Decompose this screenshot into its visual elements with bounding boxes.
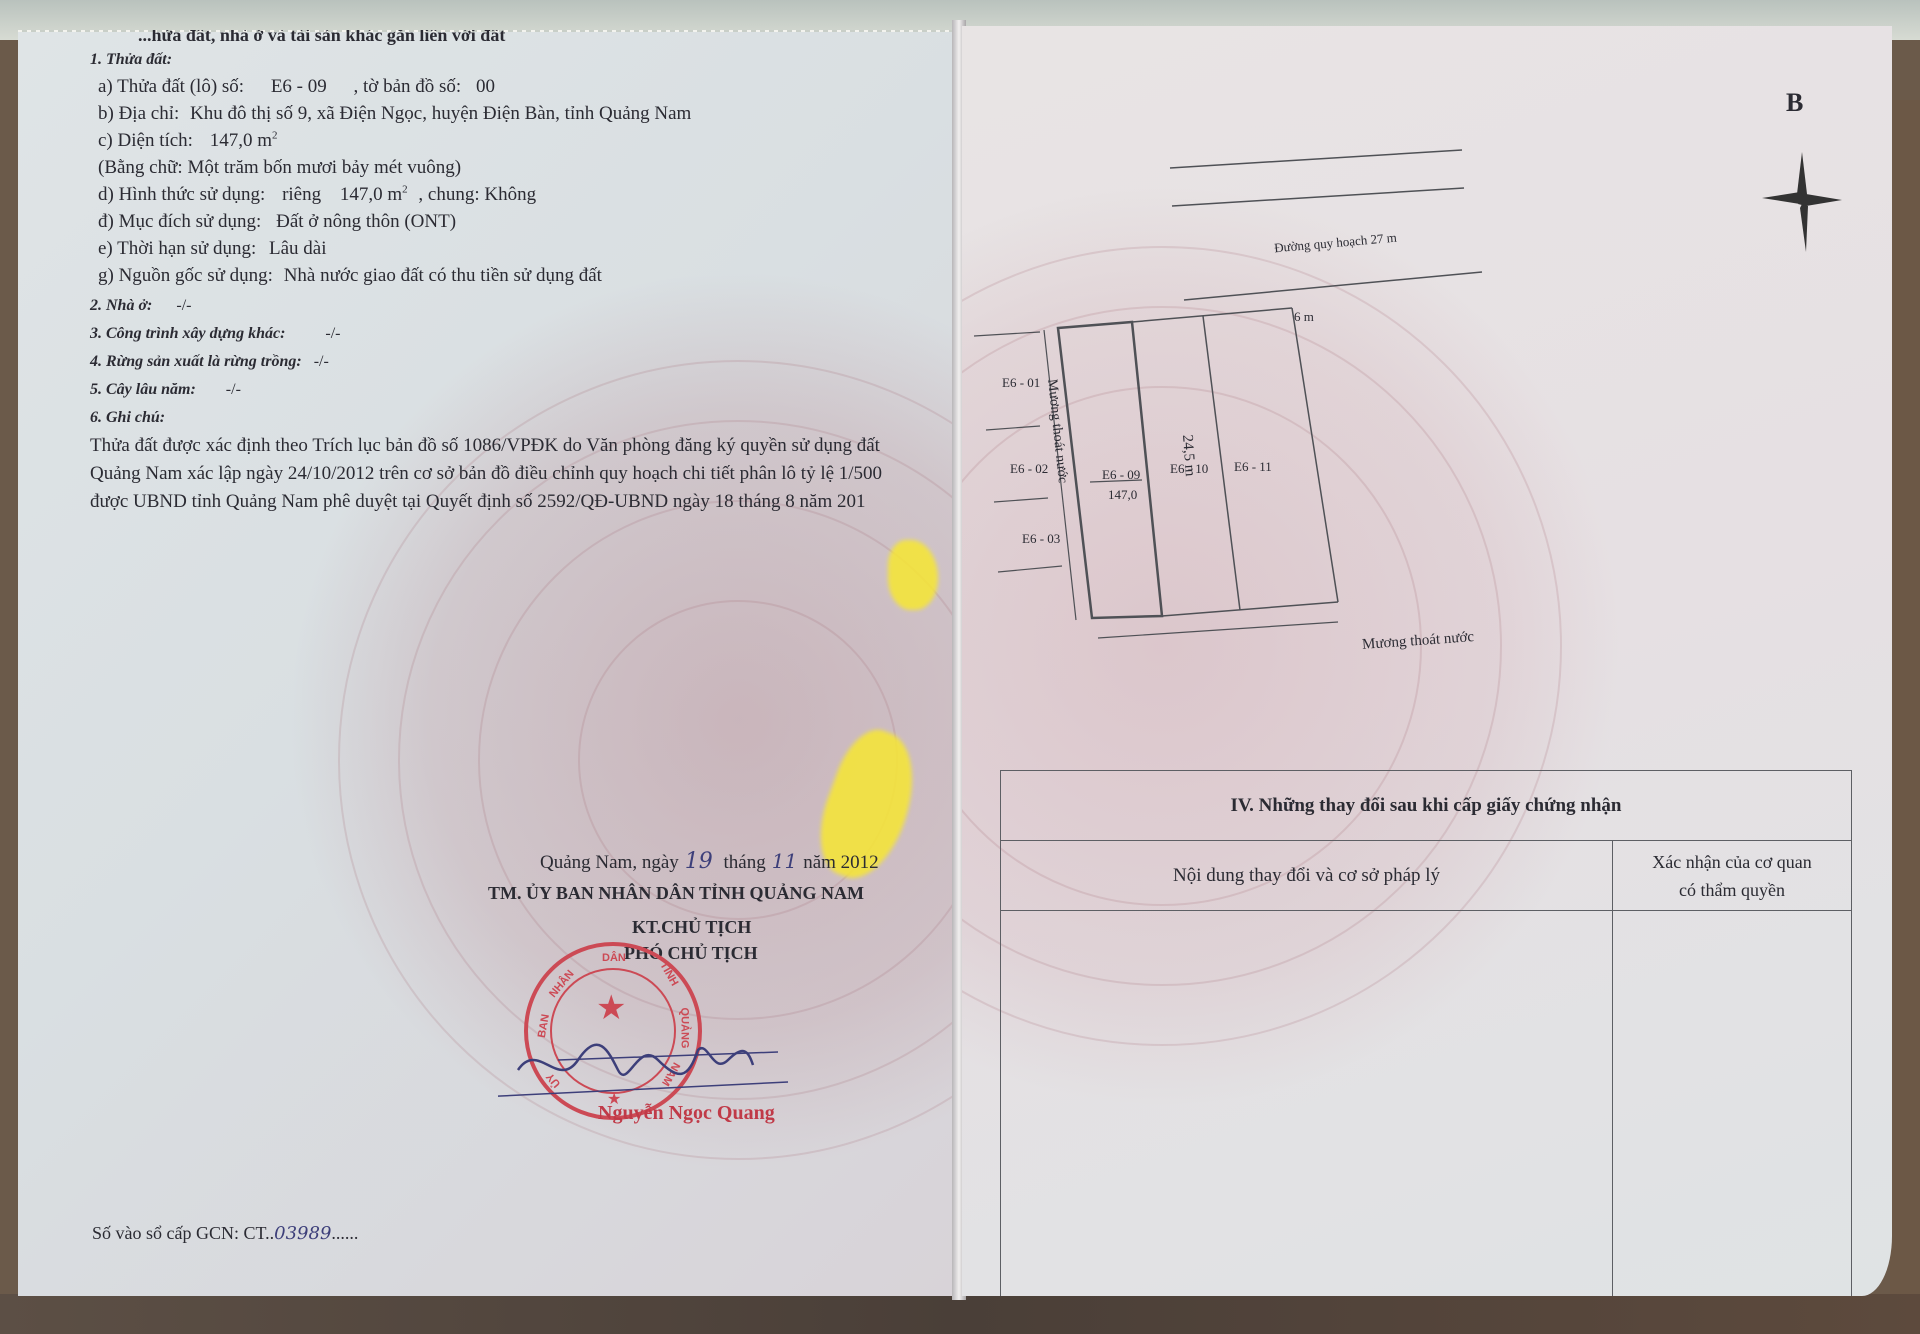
area-in-words: (Bằng chữ: Một trăm bốn mươi bảy mét vuô… xyxy=(98,157,461,179)
background-table-edge xyxy=(1890,100,1920,1334)
house-value: -/- xyxy=(176,297,191,314)
map-sheet-label: , tờ bản đồ số: xyxy=(354,76,462,97)
house-row: 2. Nhà ở: -/- xyxy=(90,295,191,317)
house-label: 2. Nhà ở: xyxy=(90,297,152,314)
stamp-text-right: TỈNH xyxy=(657,960,680,988)
usage-private-label: riêng xyxy=(282,184,321,205)
changes-table-title: IV. Những thay đổi sau khi cấp giấy chứn… xyxy=(1001,771,1851,841)
parcel-number-row: a) Thửa đất (lô) số: E6 - 09 , tờ bản đồ… xyxy=(98,76,495,98)
width-label: 6 m xyxy=(1294,306,1314,328)
map-sheet-value: 00 xyxy=(476,76,495,97)
land-parcel-heading: 1. Thửa đất: xyxy=(90,49,172,71)
issue-month: 11 xyxy=(772,849,797,873)
usage-purpose-row: đ) Mục đích sử dụng: Đất ở nông thôn (ON… xyxy=(98,211,456,233)
forest-label: 4. Rừng sản xuất là rừng trồng: xyxy=(90,353,302,370)
north-label: B xyxy=(1786,92,1803,114)
other-works-row: 3. Công trình xây dựng khác: -/- xyxy=(90,323,341,345)
certificate-right-page: B Đường quy hoạch 27 m 6 m 24,5 m Mương … xyxy=(962,26,1892,1296)
address-value: Khu đô thị số 9, xã Điện Ngọc, huyện Điệ… xyxy=(190,103,691,124)
issue-date: Quảng Nam, ngày19 tháng11năm 2012 xyxy=(540,850,879,874)
hologram-glare xyxy=(888,540,938,610)
area-label: c) Diện tích: xyxy=(98,130,193,151)
notes-line-1: Thửa đất được xác định theo Trích lục bả… xyxy=(90,435,880,457)
issuing-authority: TM. ỦY BAN NHÂN DÂN TỈNH QUẢNG NAM xyxy=(488,882,864,904)
stamp-text-top: DÂN xyxy=(602,952,626,964)
usage-purpose-label: đ) Mục đích sử dụng: xyxy=(98,211,261,232)
usage-origin-row: g) Nguồn gốc sử dụng: Nhà nước giao đất … xyxy=(98,265,602,287)
background-table-bottom xyxy=(0,1294,1920,1334)
usage-purpose-value: Đất ở nông thôn (ONT) xyxy=(276,211,456,232)
neighbor-e6-03: E6 - 03 xyxy=(1022,528,1060,550)
other-works-value: -/- xyxy=(325,325,340,342)
usage-unit-superscript: 2 xyxy=(402,184,408,196)
on-behalf-title: KT.CHỦ TỊCH xyxy=(632,916,751,938)
changes-table-header: Nội dung thay đổi và cơ sở pháp lý Xác n… xyxy=(1001,841,1851,911)
issue-month-label: tháng xyxy=(724,852,766,873)
confirmation-cell-empty xyxy=(1613,911,1851,1296)
registry-value: 03989 xyxy=(274,1223,331,1244)
confirmation-header-line-1: Xác nhận của cơ quan xyxy=(1652,848,1811,876)
perennial-value: -/- xyxy=(226,381,241,398)
usage-term-row: e) Thời hạn sử dụng: Lâu dài xyxy=(98,238,327,260)
perennial-row: 5. Cây lâu năm: -/- xyxy=(90,379,241,401)
notes-line-2: Quảng Nam xác lập ngày 24/10/2012 trên c… xyxy=(90,463,882,485)
usage-origin-label: g) Nguồn gốc sử dụng: xyxy=(98,265,273,286)
notes-label: 6. Ghi chú: xyxy=(90,407,165,429)
perennial-label: 5. Cây lâu năm: xyxy=(90,381,196,398)
registry-label: Số vào sổ cấp GCN: CT xyxy=(92,1223,265,1243)
usage-form-row: d) Hình thức sử dụng: riêng 147,0 m2 , c… xyxy=(98,184,536,206)
neighbor-e6-11: E6 - 11 xyxy=(1234,456,1272,478)
column-header-confirmation: Xác nhận của cơ quan có thẩm quyền xyxy=(1613,841,1851,910)
neighbor-e6-02: E6 - 02 xyxy=(1010,458,1048,480)
issue-day: 19 xyxy=(685,849,713,874)
usage-shared: , chung: Không xyxy=(418,184,536,205)
area-row: c) Diện tích: 147,0 m2 xyxy=(98,130,278,152)
registry-number-row: Số vào sổ cấp GCN: CT..03989...... xyxy=(92,1222,358,1245)
usage-origin-value: Nhà nước giao đất có thu tiền sử dụng đấ… xyxy=(284,265,602,286)
usage-term-label: e) Thời hạn sử dụng: xyxy=(98,238,256,259)
address-label: b) Địa chỉ: xyxy=(98,103,179,124)
parcel-id-label: E6 - 09 xyxy=(1102,464,1140,486)
neighbor-e6-10: E6 - 10 xyxy=(1170,458,1208,480)
confirmation-header-line-2: có thẩm quyền xyxy=(1652,876,1811,904)
signer-name: Nguyễn Ngọc Quang xyxy=(598,1102,775,1124)
usage-term-value: Lâu dài xyxy=(269,238,327,259)
forest-value: -/- xyxy=(314,353,329,370)
parcel-number-value: E6 - 09 xyxy=(271,76,327,97)
area-unit-superscript: 2 xyxy=(272,130,278,142)
changes-table: IV. Những thay đổi sau khi cấp giấy chứn… xyxy=(1000,770,1852,1296)
notes-line-3: được UBND tỉnh Quảng Nam phê duyệt tại Q… xyxy=(90,491,866,513)
changes-table-body xyxy=(1001,911,1851,1296)
parcel-area-label: 147,0 xyxy=(1108,484,1137,506)
issue-year: năm 2012 xyxy=(803,852,878,873)
handwritten-signature xyxy=(498,1020,798,1110)
issue-place: Quảng Nam, ngày xyxy=(540,852,679,873)
content-cell-empty xyxy=(1001,911,1613,1296)
address-row: b) Địa chỉ: Khu đô thị số 9, xã Điện Ngọ… xyxy=(98,103,691,125)
column-header-content: Nội dung thay đổi và cơ sở pháp lý xyxy=(1001,841,1613,910)
usage-private-value: 147,0 m xyxy=(340,184,402,205)
forest-row: 4. Rừng sản xuất là rừng trồng: -/- xyxy=(90,351,329,373)
parcel-number-label: a) Thửa đất (lô) số: xyxy=(98,76,244,97)
other-works-label: 3. Công trình xây dựng khác: xyxy=(90,325,285,342)
section-header: ...hửa đất, nhà ở và tài sản khác gắn li… xyxy=(138,30,505,46)
neighbor-e6-01: E6 - 01 xyxy=(1002,372,1040,394)
certificate-left-page: ...hửa đất, nhà ở và tài sản khác gắn li… xyxy=(18,30,958,1296)
north-arrow-icon xyxy=(1762,152,1842,252)
area-value: 147,0 m xyxy=(210,130,272,151)
usage-form-label: d) Hình thức sử dụng: xyxy=(98,184,265,205)
